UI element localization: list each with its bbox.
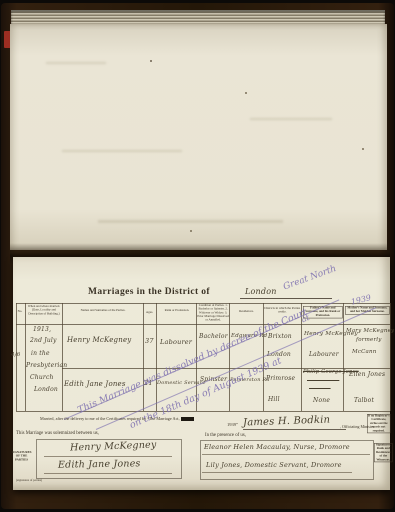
when-line-6: London [34, 386, 58, 393]
party-signature-rule-1 [44, 456, 172, 457]
show-through-mark [250, 118, 332, 120]
paper-specks [150, 60, 152, 62]
entry-number: 4/6 [11, 352, 20, 358]
groom-mother-1: Mary McKegney [346, 328, 394, 334]
left-foot-note: (signatures of parties) [16, 478, 42, 482]
minister-signature-line [243, 429, 346, 430]
bride-father-final: None [313, 397, 330, 404]
groom-condition: Bachelor [199, 333, 228, 340]
col-header-when: When and where married. (Date, Locality … [26, 305, 62, 316]
bride-name: Edith Jane Jones [64, 380, 126, 388]
bride-district-2: Hill [268, 396, 280, 403]
col-header-ages: Ages. [143, 311, 156, 315]
bride-father-struck-3: ———— [309, 386, 331, 392]
witness-rule-1 [202, 454, 370, 455]
col-header-condition: Condition of Parties. 1. Bachelor or Spi… [197, 304, 229, 322]
certificate-statement: Married, after the delivery to me of the… [40, 416, 194, 421]
show-through-mark [46, 62, 106, 64]
minister-side-note: If no Registrar's Certificate, strike ou… [367, 414, 391, 434]
witness-signature-1: Eleanor Helen Macaulay, Nurse, Dromore [204, 443, 350, 451]
groom-rank: Labourer [160, 338, 192, 346]
groom-age: 37 [145, 337, 154, 345]
blank-page [10, 24, 387, 250]
page-title: Marriages in the District of [88, 287, 210, 297]
when-line-5: Church [30, 374, 54, 381]
groom-mother-3: McCann [352, 349, 376, 355]
col-header-residences: Residences. [230, 310, 263, 314]
redaction-mark [181, 417, 194, 421]
groom-district-1: Brixton [268, 333, 292, 340]
party-signature-rule-2 [44, 473, 172, 474]
groom-mother-2: formerly [356, 337, 382, 343]
bride-mother-2: Talbot [354, 397, 374, 404]
witness-side-note: Signatures, Rank and Residences of the W… [374, 443, 393, 463]
district-name-handwritten: London [245, 287, 277, 296]
groom-name: Henry McKegney [67, 336, 131, 344]
title-underline [240, 298, 332, 299]
certificate-year: 1939” [227, 422, 238, 427]
solemnized-label: This Marriage was solemnized between us, [16, 431, 99, 436]
left-margin-stamp: SIGNATURES OF THE PARTIES [11, 451, 32, 462]
bride-father-struck-2: —————— [307, 378, 339, 384]
when-line-4: Presbyterian [26, 362, 67, 369]
col-header-no: No. [15, 310, 25, 314]
certificate-text: Married, after the delivery to me of the… [40, 416, 180, 421]
col-header-names: Names and Surnames of the Parties. [63, 309, 143, 313]
col-header-rank: Rank or Profession. [158, 309, 196, 313]
when-line-1: 1913, [33, 326, 51, 333]
party-signature-bride: Edith Jane Jones [58, 458, 141, 470]
register-photo: Marriages in the District of London No. … [0, 0, 395, 512]
bride-district-1: Primrose [266, 375, 295, 382]
bride-mother-1: Ellen Jones [349, 371, 385, 378]
witness-signature-2: Lily Jones, Domestic Servant, Dromore [206, 461, 342, 469]
when-line-2: 2nd July [30, 337, 57, 344]
witness-rule-2 [202, 472, 352, 473]
show-through-mark [62, 150, 182, 152]
groom-father-rank: Labourer [309, 351, 339, 358]
when-line-3: in the [31, 350, 50, 357]
presence-label: In the presence of us, [205, 433, 246, 438]
show-through-title [98, 220, 283, 223]
